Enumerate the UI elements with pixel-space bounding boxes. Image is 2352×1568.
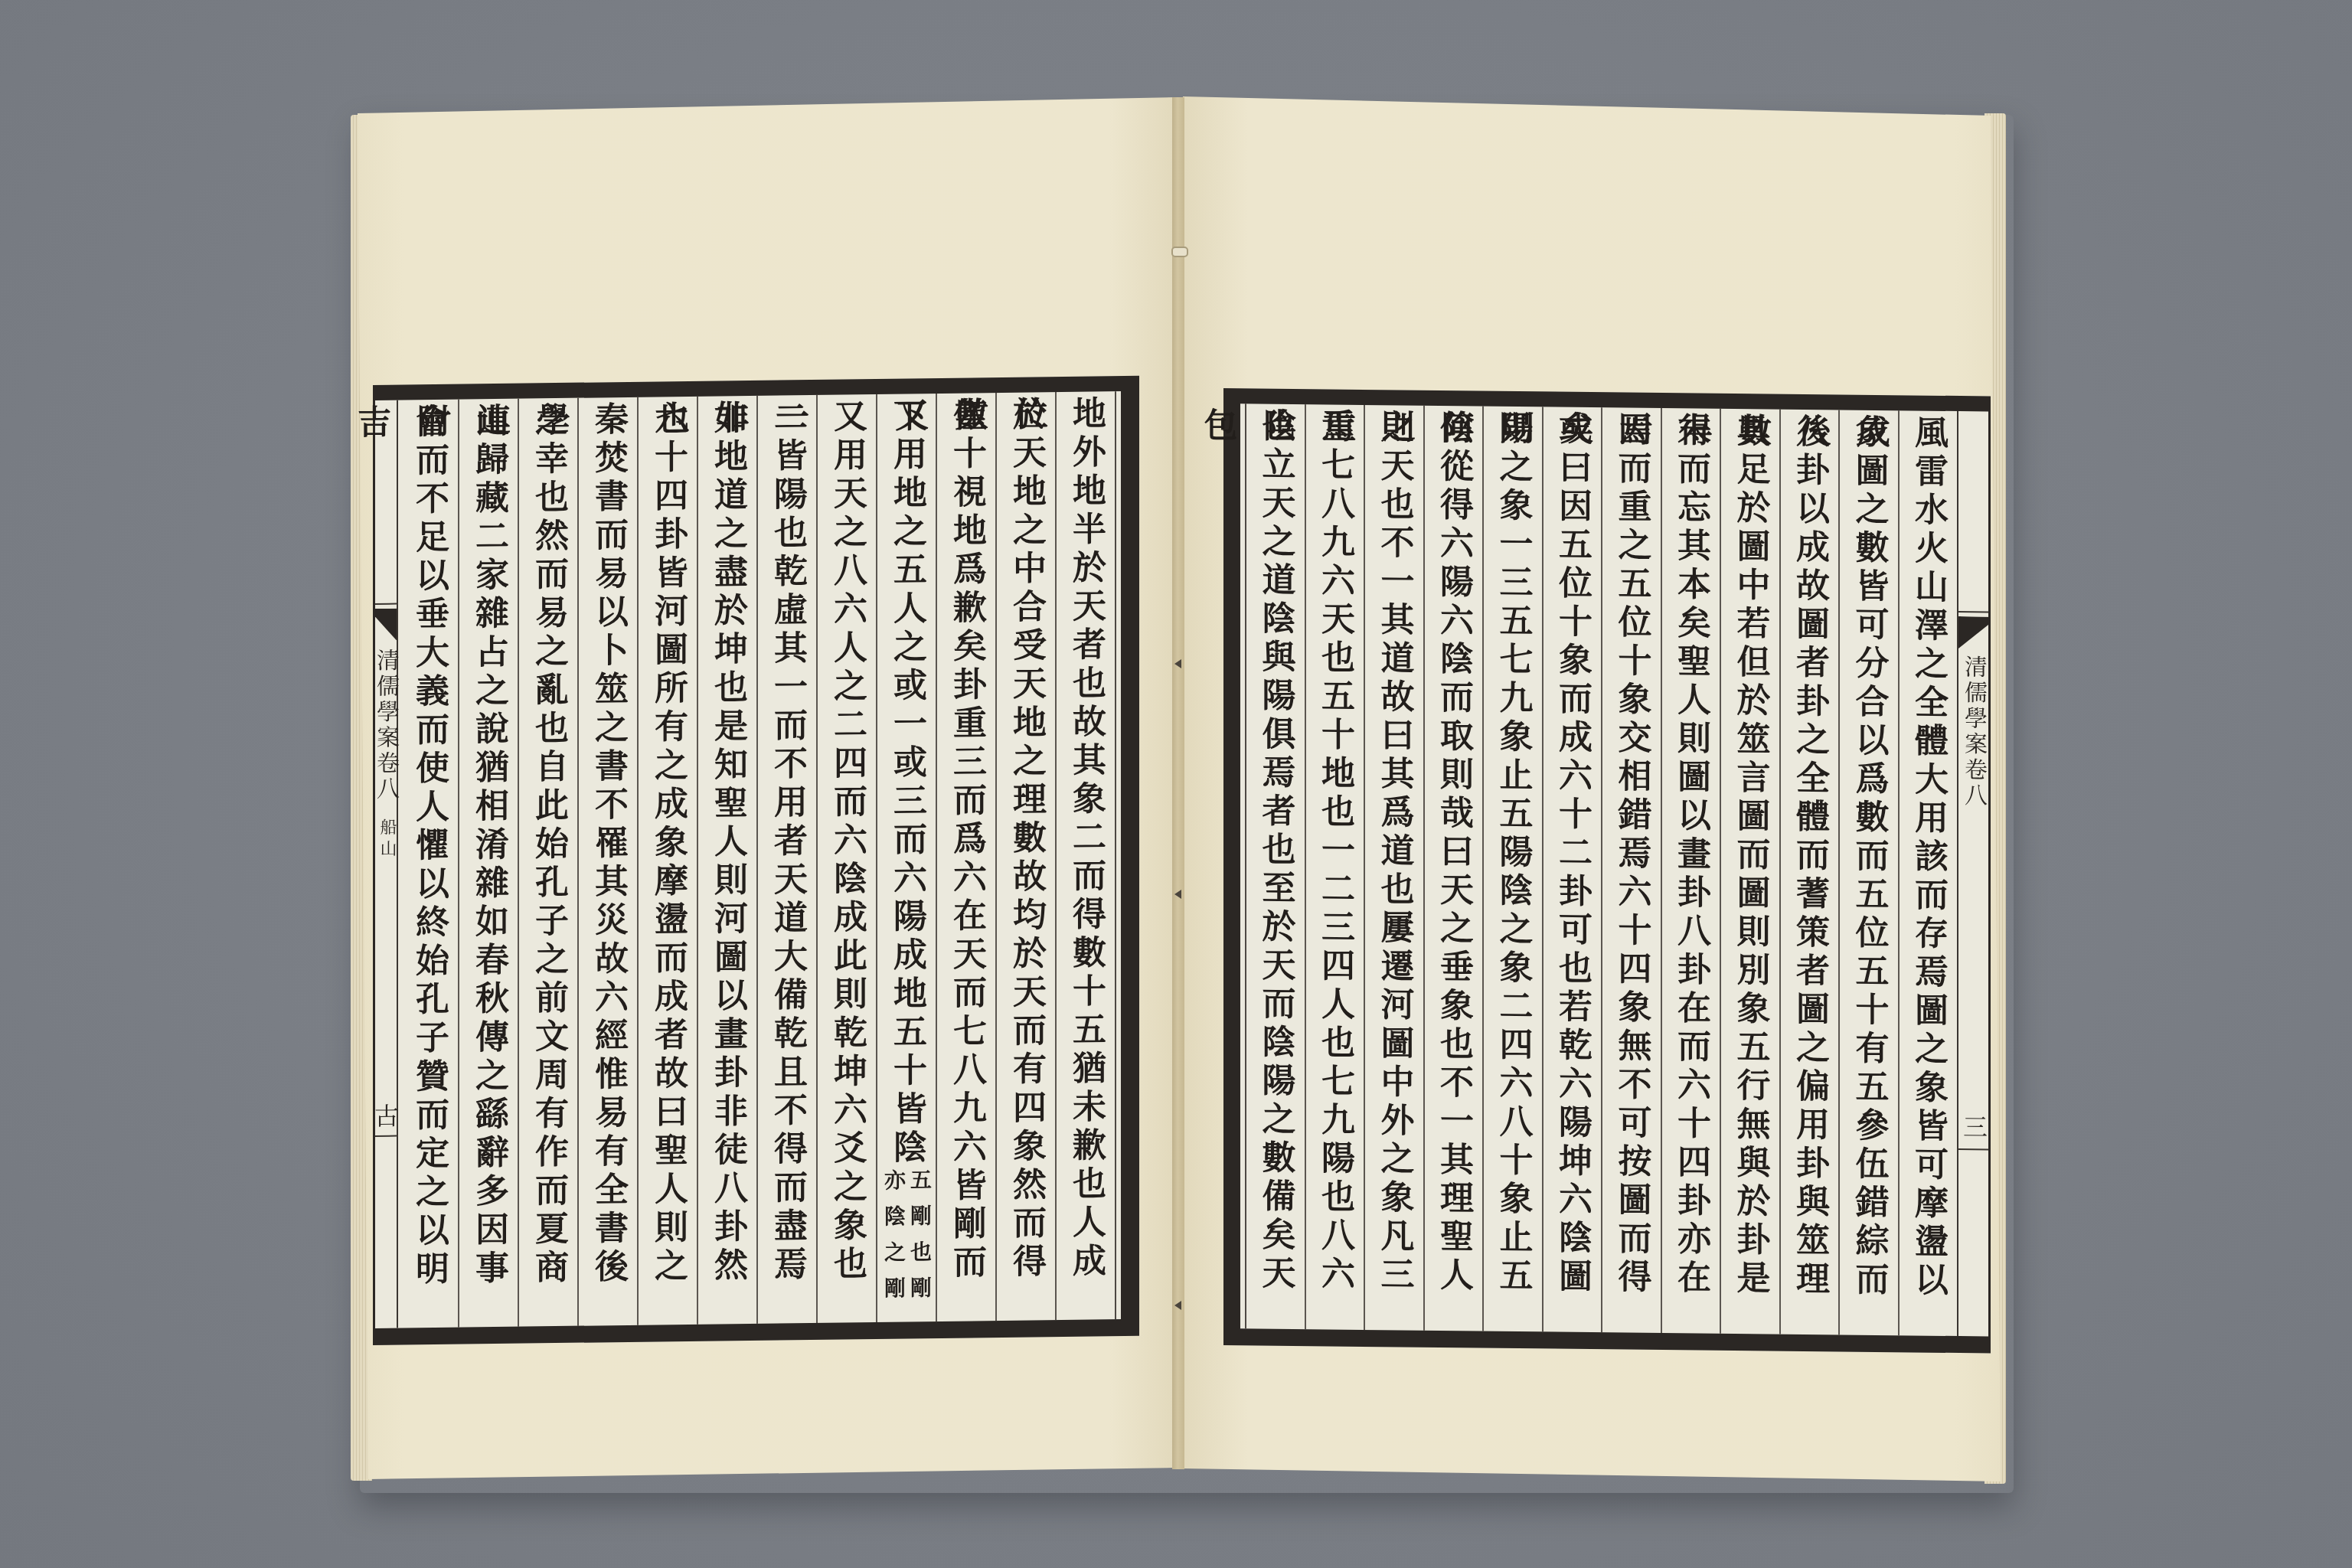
fold-page-number: 三 (1961, 1114, 1987, 1138)
text-column: 因而重之五位十象交相錯焉六十四象無不可按圖而得矣 (1601, 407, 1661, 1333)
column-text: 陽之象一三五七九象止五陽陰之象二四六八十象止五陰 (1484, 410, 1542, 1332)
text-column: 或曰因五位十象而成六十二卦可也若乾六陽坤六陰圖則 (1542, 407, 1602, 1332)
fish-tail-icon (1958, 616, 1988, 648)
left-text-columns: 地外地半於天者也故其象二而得數十五猶未歉也人成位 於天地之中合受天地之理數故均於… (400, 391, 1121, 1328)
column-text: 秦焚書而易以卜筮之書不罹其災故六經惟易有全書後學 (579, 401, 637, 1326)
text-column-with-annotation: 下用地之五人之或一或三而六陽成地五十皆陰 五剛也剛 亦陰之剛 (876, 394, 936, 1322)
fold-page-number: 古 (372, 1103, 398, 1128)
fold-book-title: 清儒學案卷八 (1960, 655, 1986, 808)
text-column: 秦焚書而易以卜筮之書不罹其災故六經惟易有全書後學 (577, 397, 637, 1326)
binding-thread-icon (1171, 247, 1188, 257)
column-text: 何從得六陽六陰而取則哉曰天之垂象也不一其理聖人之 (1425, 410, 1483, 1331)
text-column: 何從得六陽六陰而取則哉曰天之垂象也不一其理聖人之 (1423, 406, 1483, 1331)
fold-section-name: 船山 (378, 818, 395, 861)
text-column: 則天也不一其道故曰其爲道也屢遷河圖中外之象凡三重 (1364, 405, 1423, 1331)
fold-divider-line (1958, 1148, 1988, 1150)
text-column: 如地道之盡於坤也是知聖人則河圖以畫卦非徒八卦然也 (697, 396, 756, 1325)
column-text: 會而不足以垂大義而使人懼以終始孔子贊而定之以明吉 (400, 403, 458, 1328)
text-column: 於天地之中合受天地之理數故均於天而有四象然而得數 (995, 392, 1055, 1321)
column-text: 於天地之中合受天地之理數故均於天而有四象然而得數 (997, 396, 1055, 1321)
book-spine-gutter (1172, 97, 1184, 1469)
fold-divider-line (375, 1135, 397, 1137)
text-column: 又用天之八六人之二四而六陰成此則乾坤六爻之象也一 (816, 394, 876, 1323)
text-column: 僅十視地爲歉矣卦重三而爲六在天而七八九六皆剛而又 (936, 393, 995, 1321)
column-text: 風雷水火山澤之全體大用該而存焉圖之象皆可摩盪以成 (1900, 414, 1958, 1336)
column-text: 末而忘其本矣聖人則圖以畫卦八卦在而六十四卦亦在焉 (1662, 412, 1720, 1334)
text-column: 山歸藏二家雜占之說猶相淆雜如春秋傳之繇辭多因事附 (458, 399, 518, 1328)
text-column: 之幸也然而易之亂也自此始孔子之前文周有作而夏商連 (518, 398, 577, 1327)
column-text: 具足於圖中若但於筮言圖而圖則別象五行無與於卦是得 (1721, 413, 1779, 1334)
column-text: 二皆陽也乾虛其一而不用者天道大備乾且不得而盡焉非 (758, 399, 816, 1324)
column-text: 或曰因五位十象而成六十二卦可也若乾六陽坤六陰圖則 (1543, 410, 1602, 1332)
right-text-columns: 風雷水火山澤之全體大用該而存焉圖之象皆可摩盪以成 象圖之數皆可分合以爲數而五位五… (1240, 403, 1957, 1336)
column-text: 六十四卦皆河圖所有之成象摩盪而成者故曰聖人則之 (639, 400, 697, 1325)
binding-hole-icon (1174, 1301, 1181, 1310)
column-text: 八卦以成故圖者卦之全體而蓍策者圖之偏用卦與筮理數 (1781, 413, 1839, 1335)
text-column: 具足於圖中若但於筮言圖而圖則別象五行無與於卦是得 (1720, 409, 1779, 1334)
interlinear-annotation: 五剛也剛 亦陰之剛 (877, 1168, 936, 1319)
annotation-line: 五剛也剛 (906, 1168, 933, 1318)
fold-book-title: 清儒學案卷八 (372, 648, 398, 802)
left-page-text-frame: 清儒學案卷八 船山 古 地外地半於天者也故其象二而得數十五猶未歉也人成位 於天地… (373, 376, 1139, 1345)
text-column: 末而忘其本矣聖人則圖以畫卦八卦在而六十四卦亦在焉 (1661, 408, 1720, 1334)
column-text: 山歸藏二家雜占之說猶相淆雜如春秋傳之繇辭多因事附 (459, 403, 518, 1328)
text-column: 也立天之道陰與陽俱焉者也至於天而陰陽之數備矣天包 (1245, 403, 1305, 1329)
annotation-line: 亦陰之剛 (880, 1168, 906, 1318)
text-column: 地外地半於天者也故其象二而得數十五猶未歉也人成位 (1055, 391, 1116, 1320)
left-fold-margin: 清儒學案卷八 船山 古 (375, 400, 398, 1328)
column-text: 之幸也然而易之亂也自此始孔子之前文周有作而夏商連 (519, 402, 577, 1327)
fold-divider-line (375, 603, 397, 605)
text-column: 象圖之數皆可分合以爲數而五位五十有五參伍錯綜而後 (1838, 410, 1898, 1335)
text-column: 風雷水火山澤之全體大用該而存焉圖之象皆可摩盪以成 (1898, 410, 1958, 1336)
right-page-text-frame: 清儒學案卷八 三 風雷水火山澤之全體大用該而存焉圖之象皆可摩盪以成 象圖之數皆可… (1223, 388, 1991, 1353)
column-text: 如地道之盡於坤也是知聖人則河圖以畫卦非徒八卦然也 (698, 400, 756, 1325)
binding-hole-icon (1174, 890, 1181, 899)
column-text: 僅十視地爲歉矣卦重三而爲六在天而七八九六皆剛而又 (937, 397, 995, 1321)
column-text: 也立天之道陰與陽俱焉者也至於天而陰陽之數備矣天包 (1246, 407, 1305, 1329)
column-text: 象圖之數皆可分合以爲數而五位五十有五參伍錯綜而後 (1840, 413, 1898, 1335)
fold-divider-line (1958, 611, 1988, 612)
text-column: 二皆陽也乾虛其一而不用者天道大備乾且不得而盡焉非 (756, 395, 816, 1324)
fish-tail-icon (375, 609, 397, 641)
text-column: 會而不足以垂大義而使人懼以終始孔子贊而定之以明吉 (400, 400, 458, 1328)
column-text: 焉七八九六天也五十地也一二三四人也七九陽也八六陰 (1306, 408, 1364, 1330)
column-text: 則天也不一其道故曰其爲道也屢遷河圖中外之象凡三重 (1365, 409, 1423, 1331)
text-column: 焉七八九六天也五十地也一二三四人也七九陽也八六陰 (1305, 404, 1364, 1330)
text-column: 八卦以成故圖者卦之全體而蓍策者圖之偏用卦與筮理數 (1779, 410, 1839, 1335)
column-text: 地外地半於天者也故其象二而得數十五猶未歉也人成位 (1057, 395, 1115, 1320)
text-column: 六十四卦皆河圖所有之成象摩盪而成者故曰聖人則之 (637, 397, 697, 1325)
column-text: 因而重之五位十象交相錯焉六十四象無不可按圖而得矣 (1602, 411, 1661, 1333)
column-text: 又用天之八六人之二四而六陰成此則乾坤六爻之象也一 (818, 398, 876, 1323)
binding-hole-icon (1174, 659, 1181, 668)
text-column: 陽之象一三五七九象止五陽陰之象二四六八十象止五陰 (1482, 407, 1542, 1332)
right-fold-margin: 清儒學案卷八 三 (1957, 411, 1988, 1336)
